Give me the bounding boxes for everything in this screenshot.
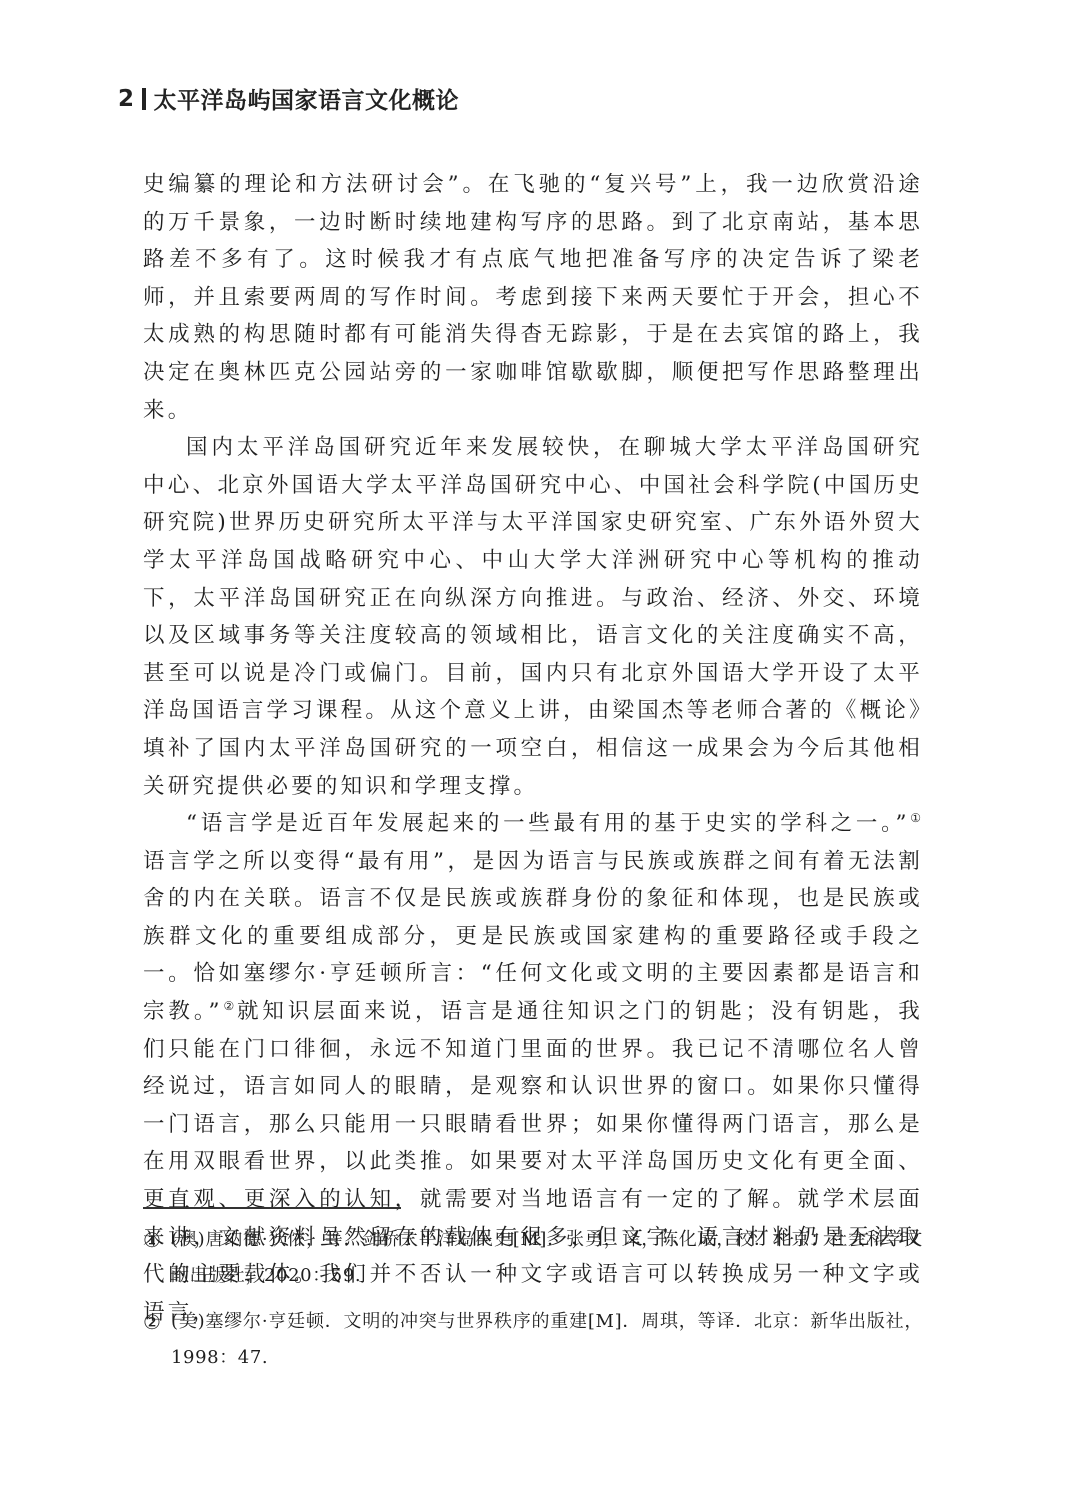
running-head: 2 太平洋岛屿国家语言文化概论	[118, 82, 459, 115]
footnote-ref-1[interactable]: ①	[910, 811, 921, 825]
body-text: 史编纂的理论和方法研讨会”。在飞驰的“复兴号”上，我一边欣赏沿途的万千景象，一边…	[143, 166, 923, 1331]
paragraph-text: 国内太平洋岛国研究近年来发展较快，在聊城大学太平洋岛国研究中心、北京外国语大学太…	[143, 435, 923, 798]
paragraph-text: 史编纂的理论和方法研讨会”。在飞驰的“复兴号”上，我一边欣赏沿途的万千景象，一边…	[143, 172, 923, 423]
running-head-divider	[142, 88, 146, 110]
footnotes: ① (澳)唐纳德·狄侬，等．剑桥太平洋岛民史[M]．张勇，译，陈化成，校．北京：…	[143, 1222, 923, 1386]
footnote-mark: ①	[143, 1222, 171, 1294]
footnote-mark: ②	[143, 1304, 171, 1376]
book-title: 太平洋岛屿国家语言文化概论	[154, 82, 460, 115]
paragraph-text: “语言学是近百年发展起来的一些最有用的基于史实的学科之一。”	[186, 811, 910, 836]
footnote-text: (美)塞缪尔·亨廷顿．文明的冲突与世界秩序的重建[M]．周琪，等译．北京：新华出…	[171, 1304, 923, 1376]
paragraph-2: 国内太平洋岛国研究近年来发展较快，在聊城大学太平洋岛国研究中心、北京外国语大学太…	[143, 429, 923, 805]
footnote-2: ② (美)塞缪尔·亨廷顿．文明的冲突与世界秩序的重建[M]．周琪，等译．北京：新…	[143, 1304, 923, 1376]
footnote-1: ① (澳)唐纳德·狄侬，等．剑桥太平洋岛民史[M]．张勇，译，陈化成，校．北京：…	[143, 1222, 923, 1294]
paragraph-1: 史编纂的理论和方法研讨会”。在飞驰的“复兴号”上，我一边欣赏沿途的万千景象，一边…	[143, 166, 923, 429]
footnote-separator-rule	[143, 1207, 401, 1209]
footnote-text: (澳)唐纳德·狄侬，等．剑桥太平洋岛民史[M]．张勇，译，陈化成，校．北京：社会…	[171, 1222, 923, 1294]
footnote-ref-2[interactable]: ②	[223, 999, 235, 1013]
paragraph-text: 语言学之所以变得“最有用”，是因为语言与民族或族群之间有着无法割舍的内在关联。语…	[143, 849, 923, 1024]
page-number: 2	[118, 86, 135, 112]
